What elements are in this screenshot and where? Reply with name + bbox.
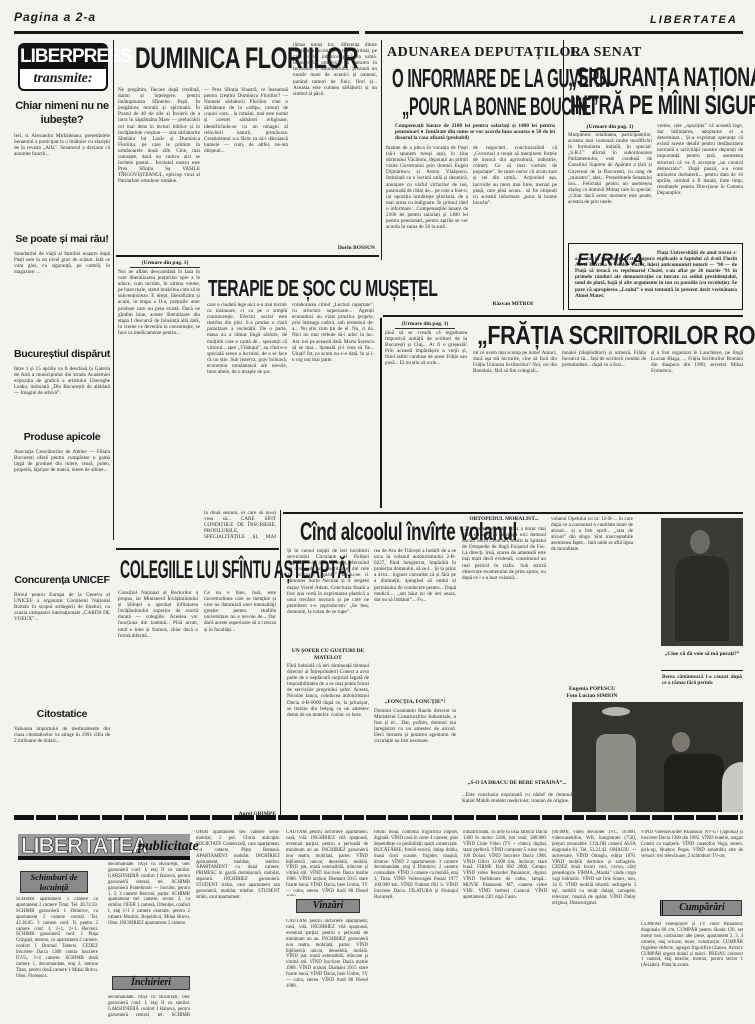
ads-col5: fotolii bună, combină frigorifică import… <box>374 830 458 1020</box>
ads-section-cumparari: Cumpărări <box>660 900 742 916</box>
column-divider <box>280 510 281 820</box>
photo-portrait-subcaption: Berea rămînneacă i-a cauzat după ce a ră… <box>662 674 742 694</box>
duminica-col3: rămas totuși loc, diferența dintre împli… <box>293 42 377 242</box>
item-title-chiar-nimeni: Chiar nimeni nu ne iubește? <box>14 99 110 127</box>
alcoolul-col4: volanul Opelului cu nr. 12-B-... în care… <box>551 516 633 671</box>
fratia-col0: pînă să se creadă că legalitatea importi… <box>385 330 467 505</box>
caption-rule <box>661 670 743 671</box>
ads-header: LIBERTATEA publicitate <box>18 834 190 860</box>
page-number-label: Pagina a 2-a <box>14 10 96 24</box>
informare-signature: Răzvan MITROI <box>473 301 533 307</box>
alcoolul-subhead-sofer: UN ȘOFER CU GUSTURI DE MATELOT <box>287 648 369 661</box>
ads-header-main: LIBERTATEA <box>21 833 147 859</box>
terapie-col1: care o ciudată lege nici n-a mai tocmit … <box>207 302 287 507</box>
alcoolul-col2b: Domnul Constantin Bazdu director la Mini… <box>374 708 456 778</box>
senat-col2: vreme, cele „opoziției” că această lege,… <box>657 123 743 238</box>
alcoolul-signature-photo: Foto Lucian SIMION <box>551 693 633 699</box>
duminica-col2: — Prea Sfinția Voastră, ce înseamnă pent… <box>204 87 288 247</box>
item-title-citostatice: Citostatice <box>14 708 110 720</box>
alcoolul-col2: rea de Aru de Tulcești a hotărît de a se… <box>374 548 456 636</box>
ads-col3: OFER apartament trei camere semi-mobilat… <box>196 830 280 1020</box>
photo-portrait-caption: „Cine vă dă voie să mă pozați?” <box>661 651 743 658</box>
alcoolul-subhead-ortopedul: ORTOPEDUL MORALIST... <box>462 516 546 522</box>
photo-portrait-face <box>690 530 710 554</box>
ads-divider-strip <box>14 815 743 820</box>
item-text-se-poate: Standardul de viață al familiei noastre … <box>14 251 110 343</box>
column-divider <box>381 40 382 260</box>
top-rule-right <box>365 31 743 34</box>
photo-driver-body <box>664 754 724 812</box>
liberpress-column: Chiar nimeni nu ne iubește? Ieri, d. Ale… <box>14 95 110 836</box>
informare-col2: de negocieri, concluzionînd că „Guvernul… <box>473 145 557 295</box>
ads-col9: CUMPĂR videoplayer și TV color Panasonic… <box>641 922 743 1020</box>
alcoolul-col1: Și în cursul nopții de ieri lucrătorii s… <box>287 548 369 643</box>
alcoolul-col1b: Fără îndoială că ieri dimineață domnul d… <box>287 663 369 773</box>
ads-col2-bottom: decomandate. IAȘI cu București, ofer gar… <box>108 995 190 1019</box>
section-rule <box>383 315 743 317</box>
informare-deck: Compensații lunare de 2100 lei pentru sa… <box>395 123 555 141</box>
senat-title-line1: „SIGURANȚA NAȚIONALĂ” <box>568 62 755 93</box>
item-title-se-poate: Se poate și mai rău! <box>14 233 110 245</box>
fratia-col1: tot ce avem mai scump pe lume! Atunci, d… <box>473 350 557 500</box>
item-title-bucurestiul: Bucureștiul dispărut <box>14 348 110 360</box>
newspaper-name: LIBERTATEA <box>650 14 738 26</box>
ads-section-inchirieri: Închirieri <box>112 976 190 990</box>
item-text-bucurestiul: Între 1 și 15 aprilie va fi deschisă la … <box>14 366 110 424</box>
photo-police-scene <box>572 702 743 812</box>
photo-police-cap <box>602 707 630 716</box>
ads-col1: SCHIMB apartament 3 camere cu apartament… <box>16 897 98 1019</box>
ads-col4: CAUTĂM pentru închiriere apartament, cas… <box>286 830 368 896</box>
item-title-unicef: Concurența UNICEF <box>14 574 110 586</box>
senat-kicker: LA SENAT <box>570 45 642 61</box>
evrika-text: Piața Universității de anul trecut s-a m… <box>575 250 737 308</box>
senat-title-line2: INTRĂ PE MÎINI SIGURE <box>570 90 755 121</box>
fratia-title: „FRĂȚIA SCRIITORILOR ROMÂNI” <box>477 320 755 351</box>
ads-section-schimburi: Schimburi de locuință <box>20 871 88 893</box>
terapie-title: TERAPIE DE ȘOC CU MUȘEȚEL <box>208 275 438 302</box>
liberpress-logo-top: LIBERPRESS <box>20 45 106 69</box>
photo-police-officer <box>596 734 636 812</box>
photo-portrait <box>661 518 743 646</box>
liberpress-logo-bottom: transmite: <box>20 69 106 88</box>
senat-col1: Mulțumesc totalitatea, participanților, … <box>568 132 652 237</box>
column-divider <box>563 40 564 310</box>
duminica-signature: Dorin BOSSUN <box>293 245 375 251</box>
fratia-col3: și a fost organizat în Lanchleye, pe lîn… <box>651 350 743 500</box>
column-divider <box>380 318 382 508</box>
terapie-continued: (Urmare din pag. 1) <box>130 260 200 268</box>
terapie-col2: colaborarea citind „Lecturi raportate”, … <box>292 302 374 507</box>
colegiile-col1: Consiliul Național al Rectorilor a propu… <box>118 590 198 820</box>
fratia-continued: (Urmare din pag. 1) <box>395 321 455 329</box>
evrika-box: EVRIKA Piața Universității de anul trecu… <box>568 243 743 310</box>
alcoolul-top-rule <box>283 512 743 514</box>
ads-col7: (60.000), video Recorder JVC, 10.000, vi… <box>552 830 636 1020</box>
ads-col6: înmatriculată, cu acte la lista fabricii… <box>463 830 547 1020</box>
photo-portrait-body <box>675 556 729 641</box>
alcoolul-signature-author: Eugenia POPESCU <box>551 686 633 692</box>
terapie-col0: Noi ne aflăm deocamdată în faza în care … <box>118 269 200 504</box>
colegiile-top-rule <box>116 548 279 550</box>
ads-col2: decomandate. IAȘI cu București, ofer gar… <box>108 862 190 990</box>
ads-header-script: publicitate <box>138 839 199 855</box>
liberpress-logo: LIBERPRESS transmite: <box>18 43 108 91</box>
item-text-produse-apicole: Asociația Crescătorilor de Albine — Fili… <box>14 449 110 569</box>
ads-col8: VÎND Videorecorder Panasonic NV-G7 (Japo… <box>641 830 743 888</box>
alcoolul-subhead-bere: „S-O IA DRACU DE BERE STRĂINĂ”... <box>462 780 572 786</box>
informare-kicker: ADUNAREA DEPUTAȚILOR <box>387 45 581 61</box>
colegiile-col2: Ce nu e bine, însă, este incertitudinea … <box>204 590 276 820</box>
informare-subtitle: „POUR LA BONNE BOUCHE” <box>402 93 598 122</box>
duminica-col1: Ne pregătim, fiecare după credință, dati… <box>118 87 200 247</box>
senat-continued: (Urmare din pag. 1) <box>580 124 640 132</box>
fratia-col2: tonalei (răspînditori) și urmeză. Frăția… <box>562 350 646 500</box>
colegiile-col3: la două sesiuni, ei care să nu-și vrea s… <box>204 510 276 540</box>
item-title-produse-apicole: Produse apicole <box>14 431 110 443</box>
top-rule-left <box>14 31 359 34</box>
photo-driver-face <box>672 732 690 752</box>
duminica-bottom-rule <box>116 255 379 257</box>
ads-section-vinzari: Vînzări <box>296 899 360 913</box>
alcoolul-col3: Că la volan este doar ocru, ș nimic mai … <box>462 526 546 646</box>
item-text-unicef: Biroul pentru Europa de la Geneva al UNI… <box>14 592 110 702</box>
photo-car <box>722 762 743 812</box>
ads-col4-bottom: CAUTĂM pentru închiriere apartament, cas… <box>286 919 368 1019</box>
column-divider <box>113 40 114 540</box>
alcoolul-subhead-foncția: „FONCȚIA, FONCȚIE”! <box>374 699 456 705</box>
item-text-chiar-nimeni: Ieri, d. Alexandru Mirhădeanu, președint… <box>14 133 110 229</box>
